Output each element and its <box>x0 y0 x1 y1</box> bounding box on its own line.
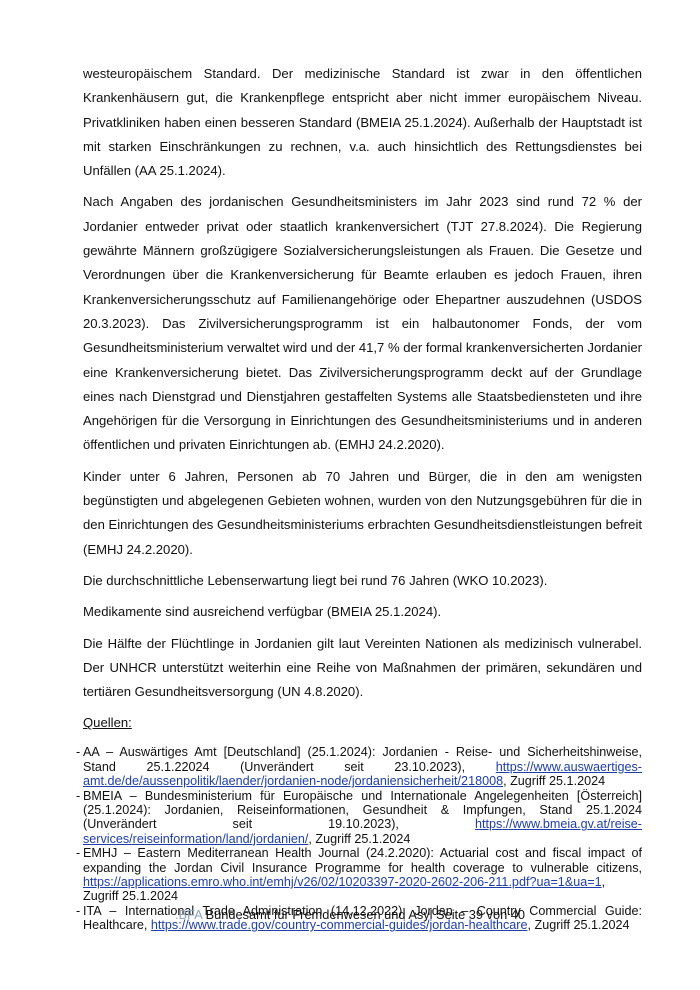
paragraph-refugees: Die Hälfte der Flüchtlinge in Jordanien … <box>83 632 642 705</box>
paragraph-fee-exemptions: Kinder unter 6 Jahren, Personen ab 70 Ja… <box>83 465 642 562</box>
source-item-aa: AA – Auswärtiges Amt [Deutschland] (25.1… <box>83 745 642 788</box>
source-link[interactable]: https://applications.emro.who.int/emhj/v… <box>83 875 602 889</box>
source-access-date: , Zugriff 25.1.2024 <box>308 832 410 846</box>
bfa-logo-text: .BFA <box>175 907 202 922</box>
source-item-emhj: EMHJ – Eastern Mediterranean Health Jour… <box>83 846 642 904</box>
paragraph-medication: Medikamente sind ausreichend verfügbar (… <box>83 600 642 624</box>
footer-page-info: Bundesamt für Fremdenwesen und Asyl Seit… <box>202 907 525 922</box>
source-item-bmeia: BMEIA – Bundesministerium für Europäisch… <box>83 789 642 847</box>
document-page: westeuropäischem Standard. Der medizinis… <box>83 62 642 933</box>
sources-list: AA – Auswärtiges Amt [Deutschland] (25.1… <box>83 745 642 932</box>
paragraph-medical-standard: westeuropäischem Standard. Der medizinis… <box>83 62 642 183</box>
paragraph-life-expectancy: Die durchschnittliche Lebenserwartung li… <box>83 569 642 593</box>
source-text: EMHJ – Eastern Mediterranean Health Jour… <box>83 846 642 874</box>
sources-heading: Quellen: <box>83 711 642 735</box>
paragraph-health-insurance: Nach Angaben des jordanischen Gesundheit… <box>83 190 642 457</box>
page-footer: .BFA Bundesamt für Fremdenwesen und Asyl… <box>0 907 700 922</box>
source-access-date: , Zugriff 25.1.2024 <box>503 774 605 788</box>
